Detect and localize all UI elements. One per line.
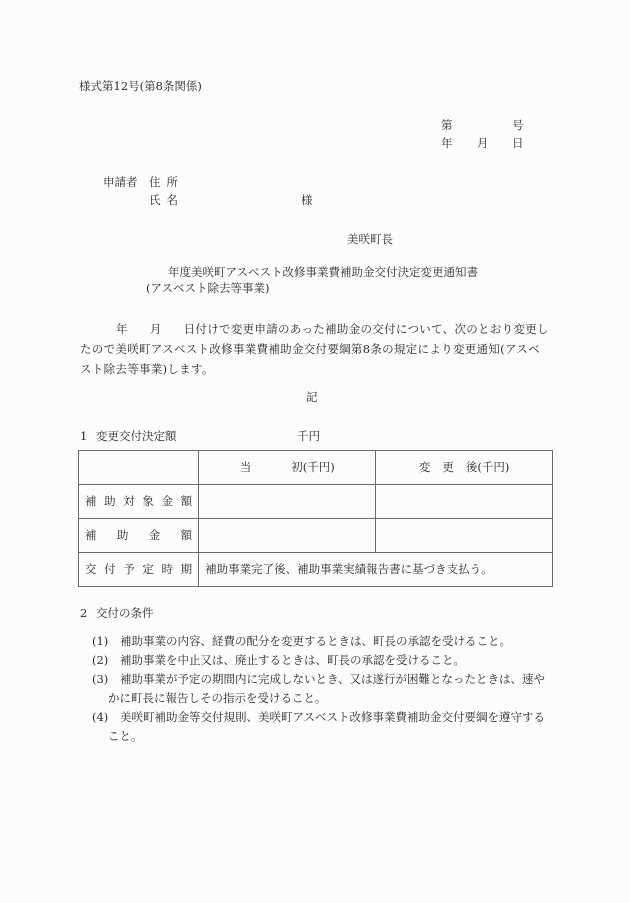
document-number-prefix: 第: [441, 120, 453, 132]
condition-item: (4) 美咲町補助金等交付規則、美咲町アスベスト改修事業費補助金交付要綱を遵守す…: [92, 708, 552, 746]
changed-value-cell: [376, 519, 553, 553]
date-day: 日: [512, 138, 524, 150]
section1-number: 1: [80, 431, 87, 443]
document-title: 年度美咲町アスベスト改修事業費補助金交付決定変更通知書: [168, 267, 478, 279]
table-row: 交付予定時期 補助事業完了後、補助事業実績報告書に基づき支払う。: [79, 553, 553, 587]
condition-item: (3) 補助事業が予定の期間内に完成しないとき、又は遂行が困難となったときは、速…: [92, 670, 552, 708]
document-number-suffix: 号: [512, 120, 524, 132]
row-label-subsidy-amount: 補助金額: [79, 519, 199, 553]
header-blank-cell: [79, 451, 199, 485]
body-year: 年: [116, 322, 128, 336]
issuer: 美咲町長: [347, 234, 393, 246]
ki-heading: 記: [306, 392, 318, 404]
header-initial: 当初(千円): [199, 451, 376, 485]
section2-title: 交付の条件: [96, 608, 154, 620]
row-label-subsidy-target-amount: 補助対象金額: [79, 485, 199, 519]
section1-title: 変更交付決定額: [96, 431, 177, 443]
body-paragraph: 年月日付けで変更申請のあった補助金の交付について、次のとおり変更したので美咲町ア…: [80, 319, 550, 379]
header-changed: 変更後(千円): [376, 451, 553, 485]
section2-number: 2: [80, 608, 87, 620]
document-subtitle: (アスベスト除去等事業): [146, 283, 270, 295]
name-label: 氏名: [149, 195, 184, 207]
body-month: 月: [150, 322, 162, 336]
row-label-payment-schedule: 交付予定時期: [79, 553, 199, 587]
form-number: 様式第12号(第8条関係): [79, 81, 202, 93]
amounts-table: 当初(千円) 変更後(千円) 補助対象金額 補助金額 交付予定時期 補助事業完了…: [78, 450, 553, 587]
condition-item: (1) 補助事業の内容、経費の配分を変更するときは、町長の承認を受けること。: [92, 632, 552, 651]
condition-item: (2) 補助事業を中止又は、廃止するときは、町長の承認を受けること。: [92, 651, 552, 670]
table-row: 補助金額: [79, 519, 553, 553]
table-header-row: 当初(千円) 変更後(千円): [79, 451, 553, 485]
applicant-label: 申請者: [103, 177, 138, 189]
date-month: 月: [477, 138, 489, 150]
address-label: 住所: [149, 177, 184, 189]
initial-value-cell: [199, 485, 376, 519]
section1-unit: 千円: [297, 431, 320, 443]
honorific: 様: [301, 195, 313, 207]
initial-value-cell: [199, 519, 376, 553]
table-row: 補助対象金額: [79, 485, 553, 519]
changed-value-cell: [376, 485, 553, 519]
payment-schedule-value: 補助事業完了後、補助事業実績報告書に基づき支払う。: [199, 553, 553, 587]
date-year: 年: [441, 138, 453, 150]
